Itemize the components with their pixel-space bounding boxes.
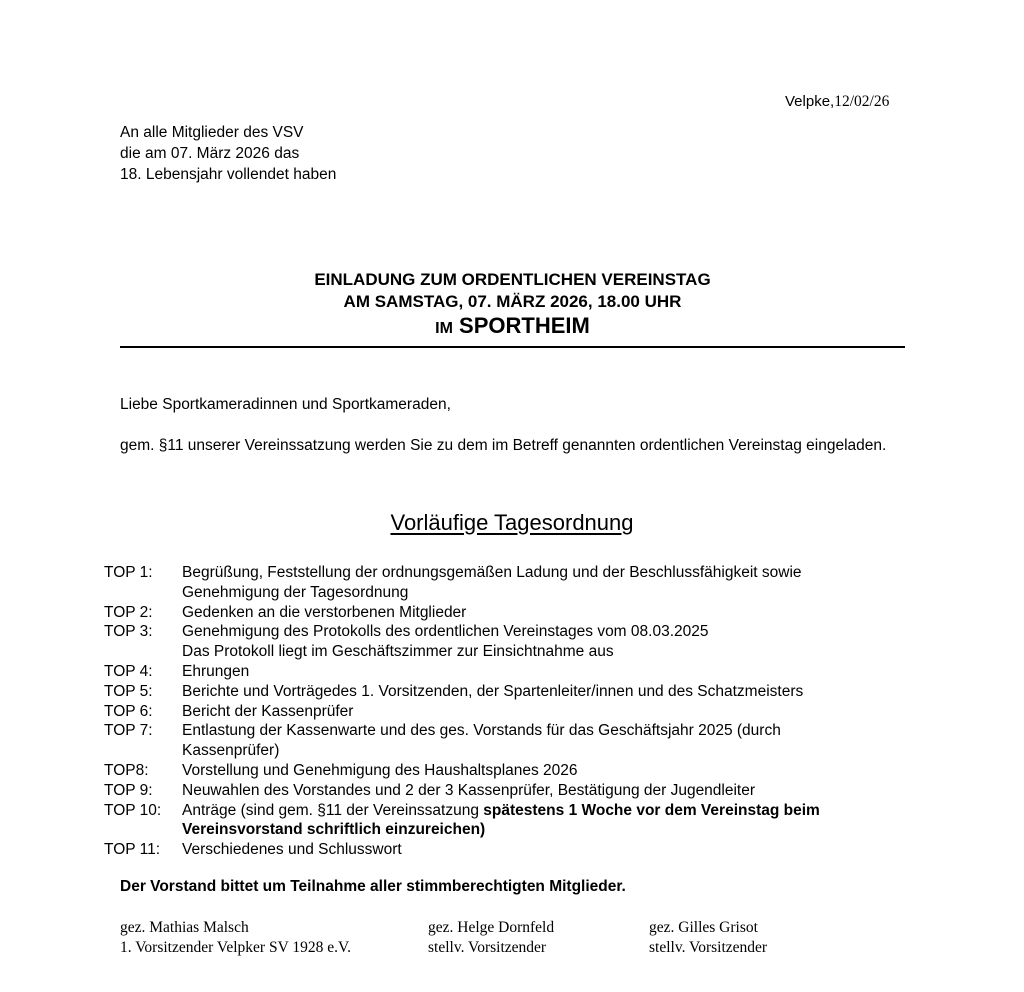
- agenda-item-label: TOP 7:: [104, 721, 182, 741]
- agenda-item: TOP 6:Bericht der Kassenprüfer: [100, 702, 920, 722]
- agenda-item-label: TOP 3:: [104, 622, 182, 642]
- agenda-item-label: TOP 10:: [104, 801, 182, 821]
- title-divider: [120, 346, 905, 348]
- title-line-2: AM SAMSTAG, 07. MÄRZ 2026, 18.00 UHR: [120, 292, 905, 312]
- agenda-item: TOP 9:Neuwahlen des Vorstandes und 2 der…: [100, 781, 920, 801]
- agenda-item: TOP 2:Gedenken an die verstorbenen Mitgl…: [100, 603, 920, 623]
- agenda-item-text: Genehmigung des Protokolls des ordentlic…: [182, 622, 920, 642]
- agenda-item-text: Gedenken an die verstorbenen Mitglieder: [182, 603, 920, 623]
- recipient-line: An alle Mitglieder des VSV: [120, 122, 336, 143]
- agenda-item: TOP 4:Ehrungen: [100, 662, 920, 682]
- recipient-line: die am 07. März 2026 das: [120, 143, 336, 164]
- agenda-item-emphasis: spätestens 1 Woche vor dem Vereinstag be…: [483, 802, 820, 819]
- signature-name: gez. Gilles Grisot: [649, 918, 767, 938]
- signature-block: gez. Gilles Grisot stellv. Vorsitzender: [649, 918, 767, 958]
- agenda-item-label: TOP8:: [104, 761, 182, 781]
- recipient-block: An alle Mitglieder des VSV die am 07. Mä…: [120, 122, 336, 185]
- agenda-item-text: Kassenprüfer): [182, 741, 920, 761]
- agenda-item-text: Vorstellung und Genehmigung des Haushalt…: [182, 761, 920, 781]
- letter-date: Velpke,12/02/26: [785, 93, 889, 111]
- title-location-prefix: IM: [435, 320, 453, 337]
- agenda-item-text: Neuwahlen des Vorstandes und 2 der 3 Kas…: [182, 781, 920, 801]
- letter-place: Velpke,: [785, 93, 834, 110]
- agenda-item-text: Das Protokoll liegt im Geschäftszimmer z…: [182, 642, 920, 662]
- agenda-list: TOP 1:Begrüßung, Feststellung der ordnun…: [100, 563, 920, 860]
- recipient-line: 18. Lebensjahr vollendet haben: [120, 164, 336, 185]
- signature-role: stellv. Vorsitzender: [428, 938, 554, 958]
- agenda-item-text: Verschiedenes und Schlusswort: [182, 840, 920, 860]
- agenda-item-label: TOP 5:: [104, 682, 182, 702]
- agenda-item: TOP 11:Verschiedenes und Schlusswort: [100, 840, 920, 860]
- signature-block: gez. Helge Dornfeld stellv. Vorsitzender: [428, 918, 554, 958]
- closing-statement: Der Vorstand bittet um Teilnahme aller s…: [120, 878, 626, 896]
- agenda-item-text: Entlastung der Kassenwarte und des ges. …: [182, 721, 920, 741]
- signature-role: stellv. Vorsitzender: [649, 938, 767, 958]
- agenda-item-text: Ehrungen: [182, 662, 920, 682]
- agenda-item: TOP 10:Anträge (sind gem. §11 der Verein…: [100, 801, 920, 841]
- agenda-item: TOP 3:Genehmigung des Protokolls des ord…: [100, 622, 920, 662]
- title-location: SPORTHEIM: [459, 313, 590, 338]
- agenda-item-text: Berichte und Vorträgedes 1. Vorsitzenden…: [182, 682, 920, 702]
- agenda-item: TOP8:Vorstellung und Genehmigung des Hau…: [100, 761, 920, 781]
- title-line-3: IM SPORTHEIM: [120, 313, 905, 339]
- letter-date-value: 12/02/26: [834, 93, 889, 110]
- agenda-title: Vorläufige Tagesordnung: [0, 510, 1024, 536]
- title-line-1: EINLADUNG ZUM ORDENTLICHEN VEREINSTAG: [120, 270, 905, 290]
- signature-role: 1. Vorsitzender Velpker SV 1928 e.V.: [120, 938, 351, 958]
- signature-name: gez. Mathias Malsch: [120, 918, 351, 938]
- agenda-item-label: TOP 2:: [104, 603, 182, 623]
- intro-paragraph: gem. §11 unserer Vereinssatzung werden S…: [120, 436, 910, 457]
- agenda-item-label: TOP 6:: [104, 702, 182, 722]
- agenda-item-label: TOP 4:: [104, 662, 182, 682]
- greeting: Liebe Sportkameradinnen und Sportkamerad…: [120, 396, 451, 414]
- signature-block: gez. Mathias Malsch 1. Vorsitzender Velp…: [120, 918, 351, 958]
- agenda-item-emphasis: Vereinsvorstand schriftlich einzureichen…: [182, 821, 485, 838]
- signature-name: gez. Helge Dornfeld: [428, 918, 554, 938]
- agenda-item-text: Anträge (sind gem. §11 der Vereinssatzun…: [182, 802, 483, 819]
- agenda-item-text: Begrüßung, Feststellung der ordnungsgemä…: [182, 563, 920, 583]
- agenda-item: TOP 5:Berichte und Vorträgedes 1. Vorsit…: [100, 682, 920, 702]
- agenda-item-label: TOP 9:: [104, 781, 182, 801]
- agenda-item-text: Bericht der Kassenprüfer: [182, 702, 920, 722]
- agenda-item-label: TOP 1:: [104, 563, 182, 583]
- agenda-item: TOP 1:Begrüßung, Feststellung der ordnun…: [100, 563, 920, 603]
- agenda-item-label: TOP 11:: [104, 840, 182, 860]
- agenda-item-text: Genehmigung der Tagesordnung: [182, 583, 920, 603]
- agenda-item: TOP 7:Entlastung der Kassenwarte und des…: [100, 721, 920, 761]
